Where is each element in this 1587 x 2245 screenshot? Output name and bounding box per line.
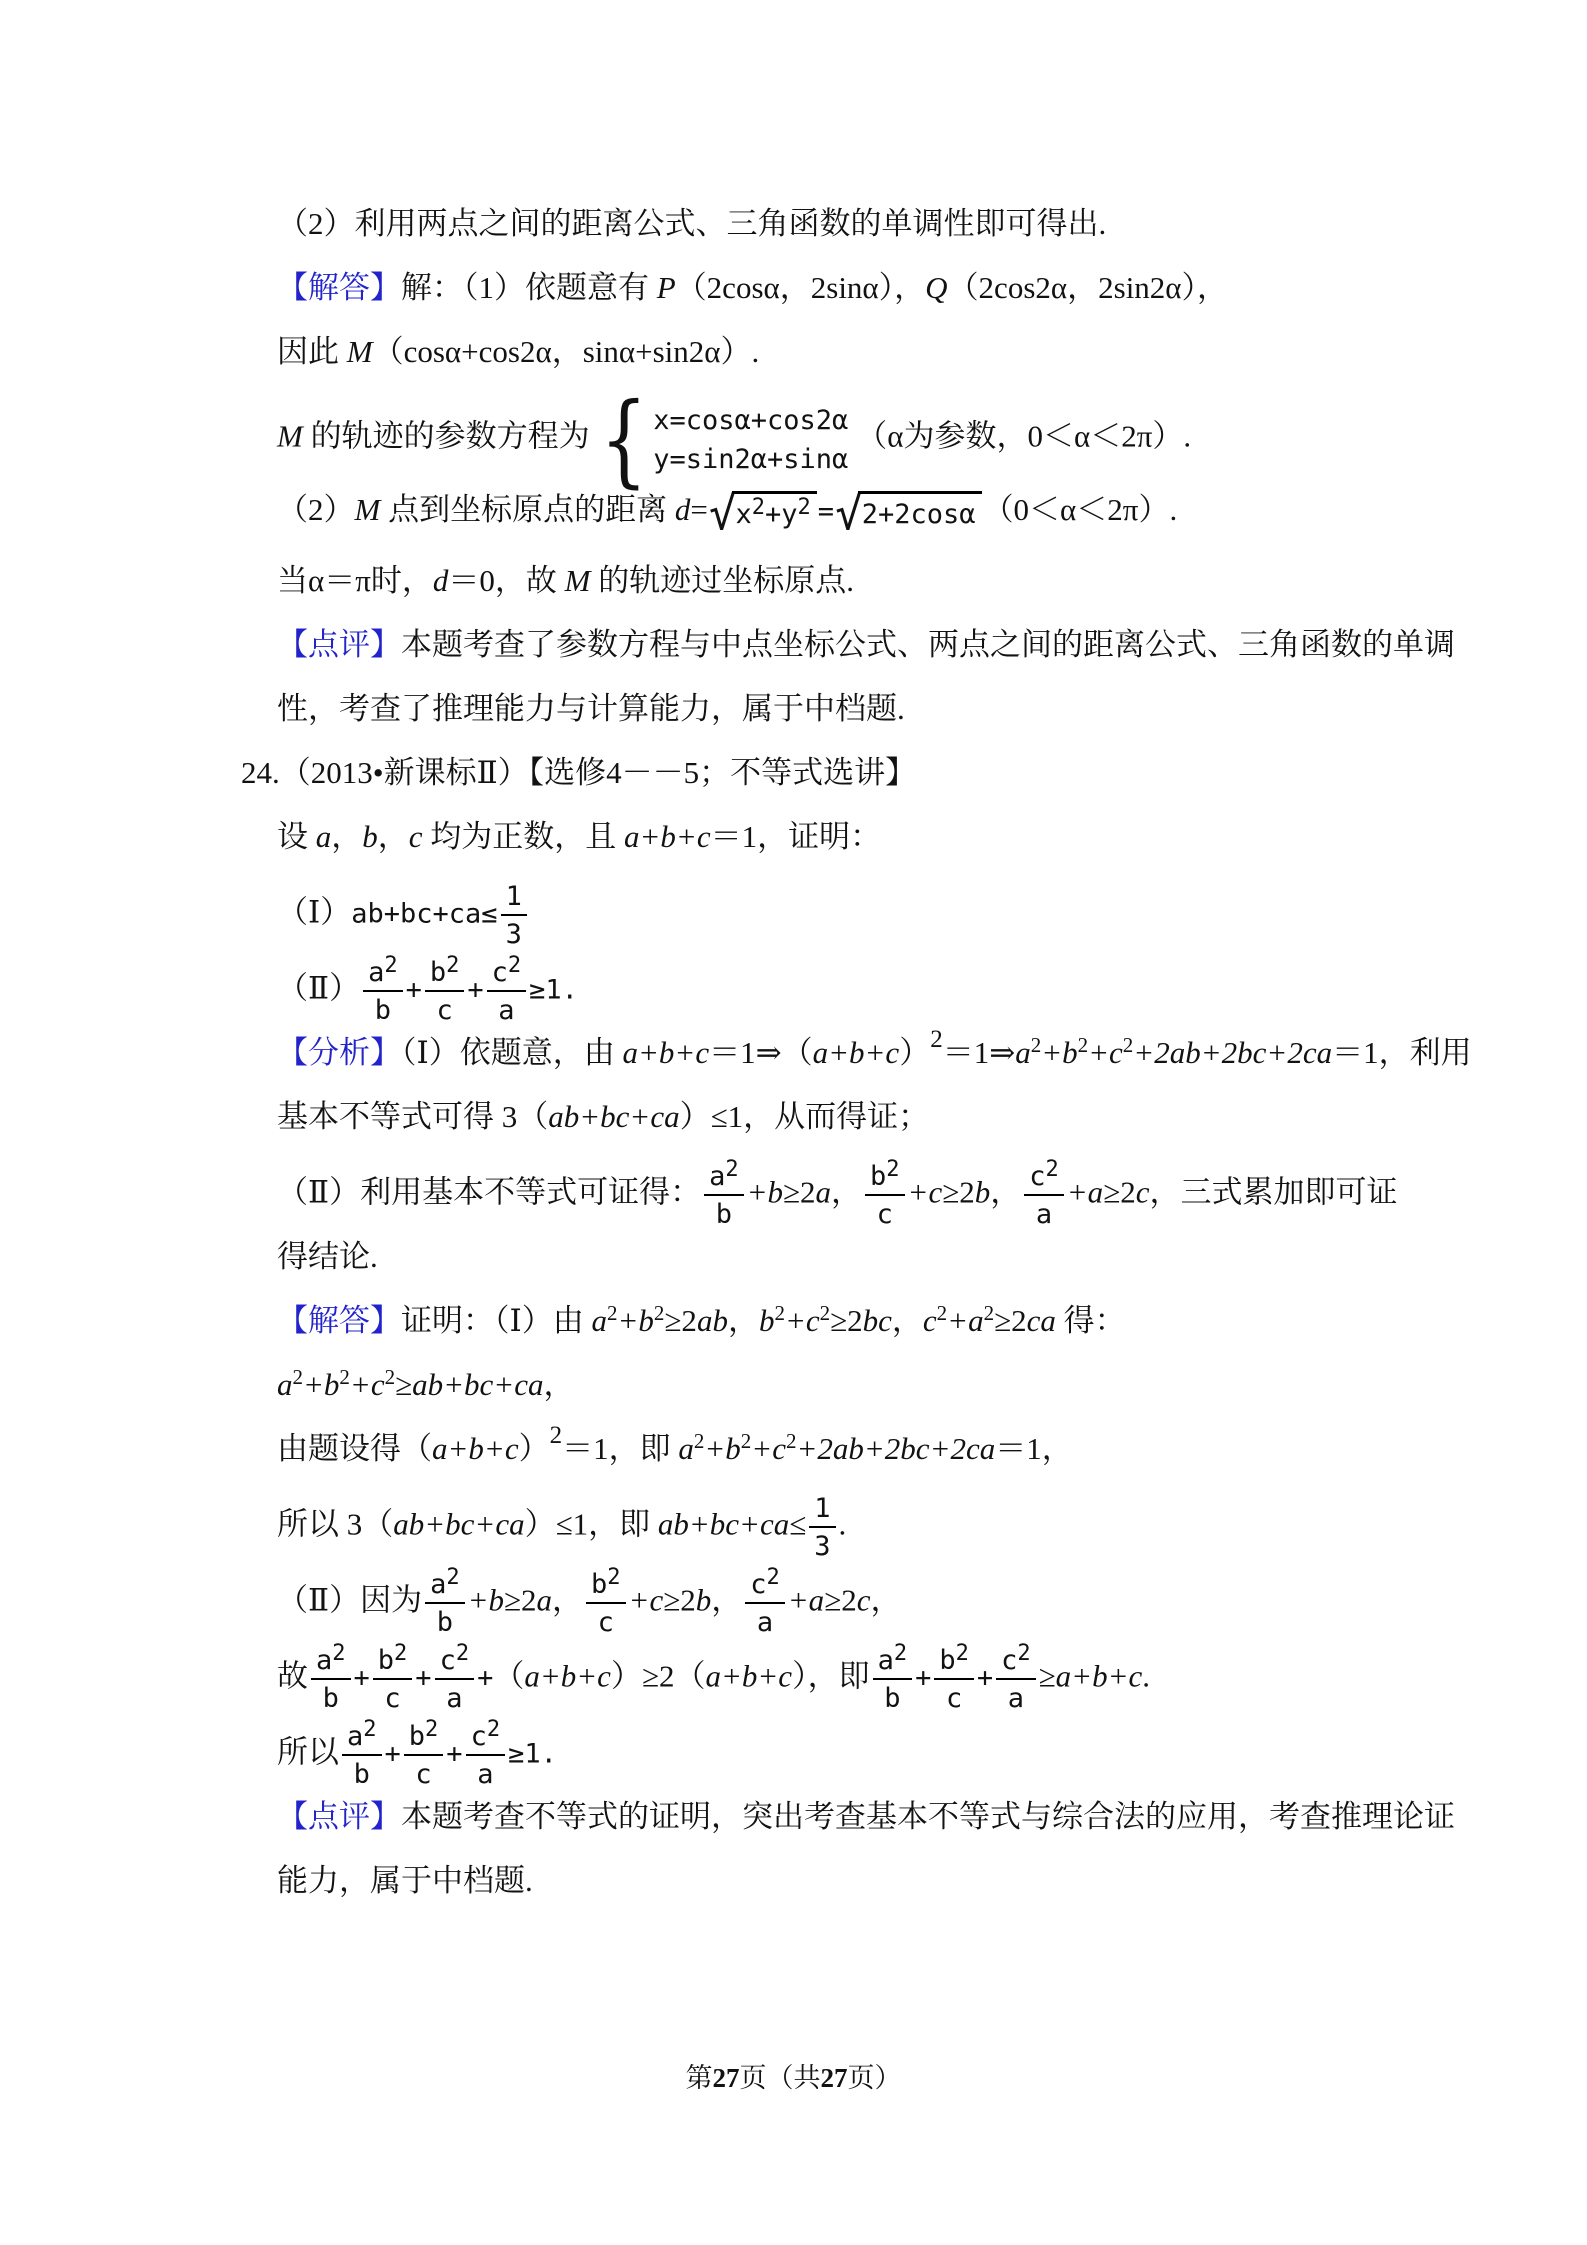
fraction: c2a <box>466 1722 506 1789</box>
math-variable: +a <box>1067 1175 1103 1210</box>
text-span: ， <box>831 1175 862 1210</box>
analysis-2-line: （Ⅱ）利用基本不等式可证得：a2b+b≥2a，b2c+c≥2b，c2a+a≥2c… <box>277 1162 1487 1229</box>
cases-equation-row: x=cosα+cos2α <box>653 407 848 434</box>
math-variable: a2+b2 <box>592 1303 665 1338</box>
math-variable: b <box>362 819 378 854</box>
inequality-1-line: （Ⅰ）ab+bc+ca≤13 <box>277 882 1487 949</box>
text-span: 所以 <box>277 1735 339 1770</box>
math-variable: c <box>857 1583 871 1618</box>
text-span: （Ⅰ） <box>277 895 351 930</box>
text-span: ， <box>543 1367 574 1402</box>
text-span: ≥2 <box>824 1583 857 1618</box>
superscript-2: 2 <box>798 495 811 520</box>
fraction-numerator: a2 <box>311 1646 351 1680</box>
fraction-numerator: 1 <box>809 1494 835 1528</box>
text-span: 本题考查不等式的证明，突出考查基本不等式与综合法的应用，考查推理论证 <box>401 1799 1455 1834</box>
text-span: ≥2 <box>783 1175 816 1210</box>
text-line: a2+b2+c2≥ab+bc+ca， <box>277 1366 1487 1403</box>
math-variable: a+b+c <box>624 819 711 854</box>
solution-label-line: 【解答】解：（1）依题意有 P（2cosα，2sinα），Q（2cos2α，2s… <box>277 269 1487 306</box>
fraction: b2c <box>586 1570 626 1637</box>
text-span: （Ⅱ）因为 <box>277 1583 422 1618</box>
fraction: a2b <box>873 1646 913 1713</box>
superscript-2: 2 <box>384 953 397 978</box>
sqrt-content: x2+y2 <box>732 491 817 530</box>
superscript-2: 2 <box>956 1641 969 1666</box>
formula-text: + <box>477 1663 493 1694</box>
fraction: b2c <box>934 1646 974 1713</box>
math-variable: +b <box>747 1175 783 1210</box>
parametric-equation-line: M 的轨迹的参数方程为{x=cosα+cos2αy=sin2α+sinα（α为参… <box>277 397 1487 482</box>
analysis-label-line: 【分析】（Ⅰ）依题意，由 a+b+c＝1⇒（a+b+c）2＝1⇒a2+b2+c2… <box>277 1034 1487 1071</box>
text-span: （2） <box>277 492 355 527</box>
math-variable: ab+bc+ca <box>412 1367 543 1402</box>
math-variable: ab+bc+ca <box>393 1507 524 1542</box>
fraction-numerator: b2 <box>865 1162 905 1196</box>
superscript-2: 2 <box>1046 1157 1059 1182</box>
fraction: c2a <box>996 1646 1036 1713</box>
fraction: b2c <box>404 1722 444 1789</box>
text-span: （Ⅰ）依题意，由 <box>401 1035 623 1070</box>
proof-2-line: （Ⅱ）因为a2b+b≥2a，b2c+c≥2b，c2a+a≥2c， <box>277 1570 1487 1637</box>
math-variable: a+b+c <box>524 1659 611 1694</box>
text-span: 由题设得（ <box>277 1431 432 1466</box>
superscript-2: 2 <box>894 1641 907 1666</box>
text-span: ）≤1，即 <box>525 1507 658 1542</box>
math-variable: M <box>565 563 591 598</box>
text-span: ≤ <box>789 1507 806 1542</box>
math-variable: bc <box>863 1303 892 1338</box>
text-span: ） <box>519 1431 550 1466</box>
math-variable: +a <box>788 1583 824 1618</box>
superscript-2: 2 <box>385 1365 396 1389</box>
text-span: ） <box>899 1035 930 1070</box>
section-label: 【解答】 <box>277 270 401 305</box>
math-variable: +c <box>629 1583 664 1618</box>
fraction-denominator: a <box>487 992 527 1025</box>
text-span: （0＜α＜2π）. <box>983 492 1178 527</box>
superscript-2: 2 <box>293 1365 304 1389</box>
fraction-denominator: b <box>342 1756 382 1789</box>
text-span: ≥2 <box>664 1303 697 1338</box>
math-variable: ab+bc+ca <box>658 1507 789 1542</box>
superscript-2: 2 <box>820 1301 831 1325</box>
total-page-count: 27 <box>821 2063 848 2093</box>
text-span: （Ⅱ）利用基本不等式可证得： <box>277 1175 701 1210</box>
superscript-2: 2 <box>446 953 459 978</box>
superscript-2: 2 <box>339 1365 350 1389</box>
sqrt-expression: √2+2cosα <box>835 491 982 535</box>
text-span: ≥2 <box>942 1175 975 1210</box>
superscript-2: 2 <box>1078 1033 1089 1057</box>
text-span: ＝1，利用 <box>1332 1035 1472 1070</box>
text-span: ， <box>552 1583 583 1618</box>
formula-text: ≥1. <box>529 975 578 1006</box>
footer-prefix: 第 <box>686 2063 713 2093</box>
fraction: a2b <box>311 1646 351 1713</box>
fraction: b2c <box>373 1646 413 1713</box>
fraction-numerator: c2 <box>466 1722 506 1756</box>
text-span: ≥2 <box>994 1303 1027 1338</box>
text-span: ， <box>728 1303 759 1338</box>
fraction: a2b <box>425 1570 465 1637</box>
superscript-2: 2 <box>767 1565 780 1590</box>
fraction: c2a <box>435 1646 475 1713</box>
text-span: ≥2 <box>830 1303 863 1338</box>
fraction-denominator: c <box>865 1196 905 1229</box>
superscript-2: 2 <box>456 1641 469 1666</box>
comment-label-line: 【点评】本题考查不等式的证明，突出考查基本不等式与综合法的应用，考查推理论证 <box>277 1798 1487 1835</box>
superscript-2: 2 <box>332 1641 345 1666</box>
math-variable: d <box>433 563 449 598</box>
superscript-2: 2 <box>752 495 765 520</box>
text-span: ， <box>378 819 409 854</box>
text-span: ，三式累加即可证 <box>1149 1175 1397 1210</box>
text-span: （Ⅱ） <box>277 971 360 1006</box>
text-span: （α为参数，0＜α＜2π）. <box>856 419 1191 454</box>
text-span: ＝1，即 <box>562 1431 678 1466</box>
text-span: 的轨迹的参数方程为 <box>303 419 590 454</box>
math-variable: ab <box>697 1303 728 1338</box>
superscript-2: 2 <box>984 1301 995 1325</box>
current-page-number: 27 <box>713 2063 740 2093</box>
math-variable: a+b+c <box>623 1035 710 1070</box>
superscript-2: 2 <box>363 1717 376 1742</box>
superscript-2: 2 <box>694 1429 705 1453</box>
text-line: 得结论. <box>277 1238 1487 1275</box>
sqrt-expression: √x2+y2 <box>709 491 817 535</box>
fraction-denominator: 3 <box>501 916 527 949</box>
superscript-2: 2 <box>607 1301 618 1325</box>
superscript-2: 2 <box>886 1157 899 1182</box>
fraction: 13 <box>809 1494 835 1561</box>
superscript-2: 2 <box>1017 1641 1030 1666</box>
fraction-numerator: a2 <box>363 958 403 992</box>
formula-text: + <box>467 975 483 1006</box>
superscript-2: 2 <box>487 1717 500 1742</box>
fraction-denominator: 3 <box>809 1528 835 1561</box>
text-span: ， <box>711 1583 742 1618</box>
footer-middle: 页（共 <box>740 2063 821 2093</box>
section-label: 【解答】 <box>277 1303 401 1338</box>
text-span: 设 <box>277 819 316 854</box>
fraction-denominator: a <box>745 1604 785 1637</box>
text-line: 能力，属于中档题. <box>277 1862 1487 1899</box>
fraction: c2a <box>1024 1162 1064 1229</box>
superscript-2: 2 <box>774 1301 785 1325</box>
solution-label-line: 【解答】证明：（Ⅰ）由 a2+b2≥2ab，b2+c2≥2bc，c2+a2≥2c… <box>277 1302 1487 1339</box>
math-variable: b <box>975 1175 991 1210</box>
text-span: ＝1⇒ <box>943 1035 1015 1070</box>
section-label: 【点评】 <box>277 627 401 662</box>
math-variable: b2+c2 <box>759 1303 830 1338</box>
text-span: ≥ <box>1039 1659 1056 1694</box>
superscript-2: 2 <box>725 1157 738 1182</box>
fraction-numerator: c2 <box>1024 1162 1064 1196</box>
text-span: ）≤1，从而得证； <box>680 1099 930 1134</box>
text-span: ， <box>990 1175 1021 1210</box>
text-span: ＝1， <box>995 1431 1073 1466</box>
superscript-2: 2 <box>741 1429 752 1453</box>
text-span: 性，考查了推理能力与计算能力，属于中档题. <box>277 691 905 726</box>
superscript-2: 2 <box>1031 1033 1042 1057</box>
formula-text: + <box>385 1739 401 1770</box>
math-variable: d <box>675 492 691 527</box>
text-span: ≥2 <box>504 1583 537 1618</box>
text-span: ≥2 <box>1103 1175 1136 1210</box>
formula-text: + <box>915 1663 931 1694</box>
fraction-denominator: b <box>704 1196 744 1229</box>
distance-formula-line: （2）M 点到坐标原点的距离 d=√x2+y2=√2+2cosα（0＜α＜2π）… <box>277 491 1487 535</box>
conclusion-1-line: 所以 3（ab+bc+ca）≤1，即 ab+bc+ca≤13. <box>277 1494 1487 1561</box>
math-variable: P <box>657 270 676 305</box>
math-variable: a+b+c <box>813 1035 900 1070</box>
sqrt-content: 2+2cosα <box>858 491 982 530</box>
fraction-numerator: a2 <box>873 1646 913 1680</box>
math-variable: a <box>537 1583 553 1618</box>
text-span: 本题考查了参数方程与中点坐标公式、两点之间的距离公式、三角函数的单调 <box>401 627 1455 662</box>
page-footer: 第27页（共27页） <box>0 2056 1587 2095</box>
fraction-numerator: a2 <box>342 1722 382 1756</box>
math-variable: a <box>816 1175 832 1210</box>
superscript-2: 2 <box>446 1565 459 1590</box>
fraction: 13 <box>501 882 527 949</box>
text-line: 性，考查了推理能力与计算能力，属于中档题. <box>277 690 1487 727</box>
text-line: 由题设得（a+b+c）2＝1，即 a2+b2+c2+2ab+2bc+2ca＝1， <box>277 1430 1487 1467</box>
text-span: ≥2 <box>663 1583 696 1618</box>
cases-rows: x=cosα+cos2αy=sin2α+sinα <box>653 407 848 473</box>
superscript-2: 2 <box>425 1717 438 1742</box>
text-span: ＝1，证明： <box>711 819 882 854</box>
question-heading: 24.（2013•新课标Ⅱ）【选修4－－5；不等式选讲】 <box>241 754 1487 791</box>
fraction: c2a <box>745 1570 785 1637</box>
fraction-numerator: b2 <box>586 1570 626 1604</box>
math-variable: a <box>316 819 332 854</box>
math-variable: c <box>409 819 423 854</box>
text-span: . <box>1142 1659 1150 1694</box>
footer-suffix: 页） <box>848 2063 902 2093</box>
math-variable: Q <box>925 270 947 305</box>
fraction-numerator: c2 <box>487 958 527 992</box>
fraction-denominator: a <box>1024 1196 1064 1229</box>
text-span: ， <box>331 819 362 854</box>
text-span: 得结论. <box>277 1239 378 1274</box>
text-span: ）≥2（ <box>611 1659 706 1694</box>
fraction-denominator: c <box>404 1756 444 1789</box>
superscript-2: 2 <box>654 1301 665 1325</box>
fraction: b2c <box>425 958 465 1025</box>
fraction-denominator: b <box>425 1604 465 1637</box>
text-span: 解：（1）依题意有 <box>401 270 657 305</box>
math-variable: a2+b2+c2 <box>277 1367 395 1402</box>
fraction-numerator: a2 <box>425 1570 465 1604</box>
fraction-numerator: c2 <box>996 1646 1036 1680</box>
formula-text: + <box>406 975 422 1006</box>
text-span: （cosα+cos2α，sinα+sin2α）. <box>373 334 760 369</box>
cases-equation-row: y=sin2α+sinα <box>653 446 848 473</box>
fraction-numerator: 1 <box>501 882 527 916</box>
fraction-denominator: b <box>311 1680 351 1713</box>
math-variable: ab+bc+ca <box>548 1099 679 1134</box>
formula-text: = <box>818 496 834 527</box>
text-line: 因此 M（cosα+cos2α，sinα+sin2α）. <box>277 333 1487 370</box>
inequality-2-line: （Ⅱ）a2b+b2c+c2a≥1. <box>277 958 1487 1025</box>
fraction-denominator: c <box>425 992 465 1025</box>
fraction: c2a <box>487 958 527 1025</box>
text-span: 故 <box>277 1659 308 1694</box>
fraction: a2b <box>342 1722 382 1789</box>
superscript-2: 2 <box>930 1026 943 1053</box>
fraction-denominator: a <box>435 1680 475 1713</box>
fraction: a2b <box>363 958 403 1025</box>
text-line: 当α＝π时，d＝0，故 M 的轨迹过坐标原点. <box>277 562 1487 599</box>
math-variable: +c <box>908 1175 943 1210</box>
derivation-line: 故a2b+b2c+c2a+（a+b+c）≥2（a+b+c），即a2b+b2c+c… <box>277 1646 1487 1713</box>
math-variable: a2+b2+c2+2ab+2bc+2ca <box>1015 1035 1332 1070</box>
fraction-numerator: b2 <box>373 1646 413 1680</box>
superscript-2: 2 <box>937 1301 948 1325</box>
text-span: （2cos2α，2sin2α）， <box>948 270 1228 305</box>
fraction-numerator: a2 <box>704 1162 744 1196</box>
left-brace: { <box>600 397 648 482</box>
text-span: ＝0，故 <box>448 563 564 598</box>
text-span: 因此 <box>277 334 347 369</box>
math-variable: M <box>355 492 381 527</box>
text-span: 基本不等式可得 3（ <box>277 1099 548 1134</box>
section-label: 【点评】 <box>277 1799 401 1834</box>
method-note-line: （2）利用两点之间的距离公式、三角函数的单调性即可得出. <box>277 205 1487 242</box>
text-span: ），即 <box>792 1659 870 1694</box>
math-variable: ca <box>1027 1303 1056 1338</box>
formula-text: + <box>354 1663 370 1694</box>
fraction-numerator: b2 <box>425 958 465 992</box>
text-span: 24.（2013•新课标Ⅱ）【选修4－－5；不等式选讲】 <box>241 755 916 790</box>
text-span: （2cosα，2sinα）， <box>676 270 925 305</box>
text-span: 所以 3（ <box>277 1507 393 1542</box>
comment-label-line: 【点评】本题考查了参数方程与中点坐标公式、两点之间的距离公式、三角函数的单调 <box>277 626 1487 663</box>
fraction-numerator: b2 <box>404 1722 444 1756</box>
math-variable: c <box>1136 1175 1150 1210</box>
fraction-denominator: b <box>363 992 403 1025</box>
fraction-denominator: c <box>373 1680 413 1713</box>
text-span: = <box>690 492 707 527</box>
fraction: a2b <box>704 1162 744 1229</box>
problem-statement-line: 设 a，b，c 均为正数，且 a+b+c＝1，证明： <box>277 818 1487 855</box>
text-span: （2）利用两点之间的距离公式、三角函数的单调性即可得出. <box>277 206 1106 241</box>
section-label: 【分析】 <box>277 1035 401 1070</box>
conclusion-2-line: 所以a2b+b2c+c2a≥1. <box>277 1722 1487 1789</box>
document-page: （2）利用两点之间的距离公式、三角函数的单调性即可得出.【解答】解：（1）依题意… <box>0 0 1587 2245</box>
document-content: （2）利用两点之间的距离公式、三角函数的单调性即可得出.【解答】解：（1）依题意… <box>0 205 1587 1926</box>
text-span: （ <box>493 1659 524 1694</box>
fraction-denominator: a <box>996 1680 1036 1713</box>
text-span: ， <box>892 1303 923 1338</box>
fraction-denominator: c <box>934 1680 974 1713</box>
formula-text: ≥1. <box>508 1739 557 1770</box>
text-span: 当α＝π时， <box>277 563 433 598</box>
math-variable: M <box>347 334 373 369</box>
text-line: 基本不等式可得 3（ab+bc+ca）≤1，从而得证； <box>277 1098 1487 1135</box>
superscript-2: 2 <box>508 953 521 978</box>
formula-text: + <box>446 1739 462 1770</box>
text-span: 的轨迹过坐标原点. <box>590 563 854 598</box>
fraction: b2c <box>865 1162 905 1229</box>
cases-equations: {x=cosα+cos2αy=sin2α+sinα <box>592 397 849 482</box>
math-variable: a2+b2+c2+2ab+2bc+2ca <box>678 1431 995 1466</box>
text-span: 均为正数，且 <box>423 819 625 854</box>
fraction-denominator: c <box>586 1604 626 1637</box>
formula-text: ab+bc+ca≤ <box>351 899 497 930</box>
fraction-numerator: c2 <box>435 1646 475 1680</box>
math-variable: M <box>277 419 303 454</box>
text-span: 证明：（Ⅰ）由 <box>401 1303 592 1338</box>
text-span: . <box>839 1507 847 1542</box>
superscript-2: 2 <box>1123 1033 1134 1057</box>
fraction-numerator: c2 <box>745 1570 785 1604</box>
formula-text: + <box>977 1663 993 1694</box>
fraction-numerator: b2 <box>934 1646 974 1680</box>
math-variable: a+b+c <box>432 1431 519 1466</box>
math-variable: +b <box>468 1583 504 1618</box>
fraction-denominator: b <box>873 1680 913 1713</box>
text-span: ≥ <box>395 1367 412 1402</box>
math-variable: c2+a2 <box>923 1303 994 1338</box>
formula-text: + <box>415 1663 431 1694</box>
text-span: ＝1⇒（ <box>709 1035 812 1070</box>
text-span: 能力，属于中档题. <box>277 1863 533 1898</box>
superscript-2: 2 <box>394 1641 407 1666</box>
superscript-2: 2 <box>550 1422 563 1449</box>
superscript-2: 2 <box>786 1429 797 1453</box>
math-variable: b <box>696 1583 712 1618</box>
math-variable: a+b+c <box>1056 1659 1143 1694</box>
math-variable: a+b+c <box>705 1659 792 1694</box>
superscript-2: 2 <box>607 1565 620 1590</box>
text-span: 得： <box>1056 1303 1126 1338</box>
text-span: ， <box>870 1583 901 1618</box>
fraction-denominator: a <box>466 1756 506 1789</box>
